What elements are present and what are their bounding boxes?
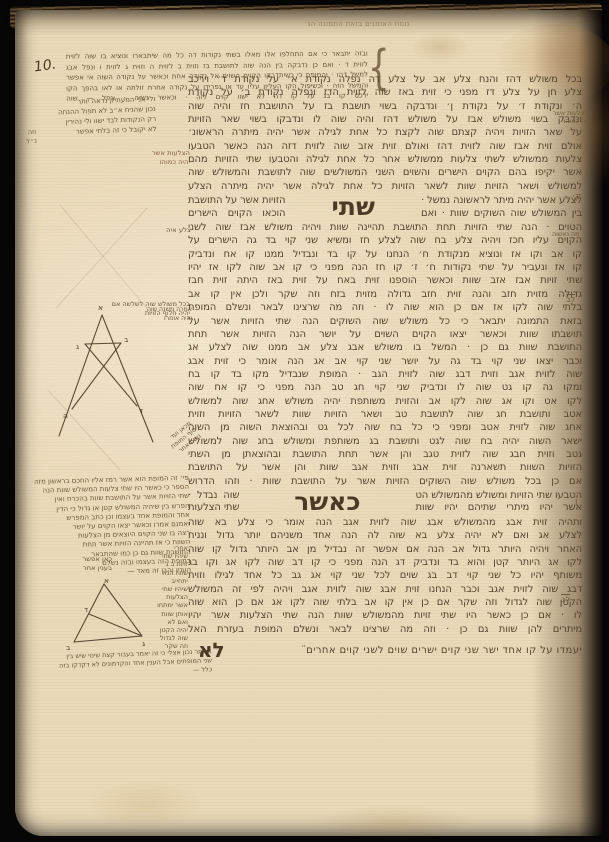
text-line: הזויות השוות תשארנה זוית אבג וזוית אגב ש… <box>188 462 582 475</box>
text-line: מיתרים להן שוות גם כן · וזה מה שרצינו לב… <box>188 624 582 637</box>
display-word-shtei: שתי <box>318 195 389 219</box>
text-line: בין המשולש שוה השוקים שוות · ואם <box>421 208 582 221</box>
text-line: בזאת התמונה יתבאר כי כל משולש שוה השוקים… <box>188 316 582 329</box>
text-line: בלתי שוה לקו אז אם כן הוא שוה לו · וזה מ… <box>188 302 582 315</box>
right-margin-note-1: בהצלעות אשר יהיה כמוהו <box>552 110 592 126</box>
text-line: וכבר יצאו שני קוי בד גה על יושר שני קוי … <box>188 356 582 369</box>
text-line: לקו אג היותר קטן והוא בד ונדביק דג הנה מ… <box>188 557 582 570</box>
text-line: הזויות אשר על התושבת <box>188 195 285 208</box>
text-line: ונדבק בשוי משולש אבז על משולש דהז והיה ש… <box>188 114 582 127</box>
text-line: על שאר הזויות ויהיה קצתם שוה לקצת כל אחת… <box>188 127 582 140</box>
text-line: לצלע אשר יהיה מיתר לראשונה נמשל · <box>421 195 582 208</box>
triangle-diagram-2: א ב ג ד <box>62 578 154 652</box>
text-line: לו · אם כן כאשר היו שתי זויות מהמשולש שו… <box>188 610 582 623</box>
text-line: אטב ותושבת חג שוה לתושבת טב ושאר הזויות … <box>188 409 582 422</box>
text-line: ה׳ ונקודת ז׳ על נקודת ן׳ ונדבקה בשוי תוש… <box>188 101 582 114</box>
text-line: משותף יהיו כל שני קוי דב בג שוים לכל שני… <box>188 570 582 583</box>
triangle1-label-dalet: ד <box>139 406 143 415</box>
display-row-lo: יעמדו על קו אחד ישר שני קוים ישרים שוים … <box>188 640 582 660</box>
triangle1-label-alef: א <box>98 303 103 312</box>
text-line: שיהיו שתי <box>140 552 188 560</box>
text-line: הקטן שוה לגדול וזה שקר אם כן אין קו אב ב… <box>188 597 582 610</box>
text-line: קו אז ונעביר על שתי נקודות ח׳ ז׳ קו חז ה… <box>188 262 582 275</box>
text-line: אם כן בכל משולש שוה השוקים הזויות אשר על… <box>188 476 582 489</box>
right-margin-letter-nun: ן <box>575 497 577 507</box>
text-line: הטוים · הנה שתי הזויות תחת התושבת תהיינה… <box>188 222 582 235</box>
main-text-block: בכל משולש דהז והנח צלע אב על צלע דה נפלה… <box>188 74 582 660</box>
triangle2-label-alef: א <box>104 576 109 585</box>
text-line: שוה לזוית אגב וזוית דבג שוה לזוית הגב · … <box>188 369 582 382</box>
triangle1-label-he: ה <box>63 411 68 420</box>
triangle1-label-gimel: ג <box>76 342 79 351</box>
text-line: אשר יהיו מיתרי שתיהם יהיו שוות̈ <box>415 502 582 515</box>
text-line: לצלע אג ואם לא יהיה צלע בא שוה לה הנה אח… <box>188 530 582 543</box>
triangle2-label-gimel: ג <box>142 639 145 648</box>
text-line: שוות הנה <box>140 569 188 577</box>
text-line: בכל משולש דהז והנח צלע אב על צלע דה נפלה… <box>188 74 582 87</box>
text-line: גטב וזוית חבג שוה לזוית טגב והן אשר תחת … <box>188 449 582 462</box>
text-line: שתי זויות אבז אזב שוות וכאשר הוספנו זוית… <box>188 275 582 288</box>
display2-right-text: הטבעו שתי הזויות ומשולש מהמשולש הט̈אשר י… <box>415 490 582 515</box>
text-line: ומקו גה קו גט שוה לו ונדביק שני קוי חג ט… <box>188 382 582 395</box>
side-note-tzela: צלע איה <box>151 226 191 235</box>
text-line: הטבעו שתי הזויות ומשולש מהמשולש הט̈ <box>415 490 582 503</box>
manuscript-photo: נוסח האומנים בזאת התמונה הג׳ 10. { ובזה … <box>0 0 609 842</box>
right-margin-note-2: מה נאשוה <box>552 231 579 238</box>
main-section-3: ותהיה זוית אבג מהמשולש אבג שוה לזוית אגב… <box>188 517 582 637</box>
text-line: צלעות ממשולש לשתי צלעות ממשולש אחר כל אח… <box>188 154 582 167</box>
display1-left-text: הזויות אשר על התושבתהוכאו הקוים הישרים <box>188 195 285 220</box>
text-line: האחר ויהיה היותר גדול אב הנה אם אפשר זה … <box>188 544 582 557</box>
text-line: צלע חן על צלע דז מפני כי זוית באז שוה לז… <box>188 87 582 100</box>
display-word-kaasher: כאשר <box>280 490 374 514</box>
text-line: הקוים עליו חכז ויהיה צלע בח שוה לצלע חז … <box>188 235 582 248</box>
text-line: זויות ב ג <box>140 560 188 568</box>
text-line: אשר יקיפו בהם הקוים הישרים והשוים השני ה… <box>188 167 582 180</box>
right-margin-letter-qof: ק· <box>572 192 581 202</box>
text-line: לקו אט וקו אג שוה לקו אב והזוית משותפת י… <box>188 396 582 409</box>
display-row-kaasher: הטבעו שתי הזויות ומשולש מהמשולש הט̈אשר י… <box>188 490 582 515</box>
triangle2-label-dalet: ד <box>84 605 88 614</box>
display2-left-text: שוה נבדל ·שתי הצלעות <box>188 490 239 515</box>
text-line: אולם זוית אבז שוה לזוית דהז ואולם זוית א… <box>188 141 582 154</box>
text-line: שוה נבדל · <box>188 490 239 503</box>
right-margin-letter-lb-1: לב <box>566 295 575 304</box>
side-note-amra: אמרה משנה שוה יהיה אומרו <box>144 306 192 323</box>
display1-right-text: לצלע אשר יהיה מיתר לראשונה נמשל ·בין המש… <box>421 195 582 220</box>
display-row-shtei: לצלע אשר יהיה מיתר לראשונה נמשל ·בין המש… <box>188 195 582 220</box>
right-margin-letter-lb-2: לב <box>561 595 570 604</box>
text-line: אחרי <box>140 544 188 552</box>
triangle2-label-bet: ב <box>66 643 71 652</box>
text-line: תושבתו שוות וכאשר יצאו הקוים השוים על יו… <box>188 329 582 342</box>
text-line: ישאר השוה יהיה בח שוה לגט ותושבת בג משות… <box>188 436 582 449</box>
text-line: דבג שוה לזוית אגב וכבר הנחנו זוית אבג שו… <box>188 584 582 597</box>
text-line: הוכאו הקוים הישרים <box>188 208 285 221</box>
main-section-2: הטוים · הנה שתי הזויות תחת התושבת תהיינה… <box>188 222 582 489</box>
text-line: קו אב וקו אז ונוציא מנקודת ח׳ הנחנו על ק… <box>188 249 582 262</box>
text-line: למשולש ושאר הזויות שוות לשאר הזויות כל א… <box>188 181 582 194</box>
main-section-1: בכל משולש דהז והנח צלע אב על צלע דה נפלה… <box>188 74 582 194</box>
side-note-tzlaot: הצלעות אשר יהיה כמוהו <box>148 149 190 166</box>
text-line: שתי הצלעות <box>188 502 239 515</box>
triangle2-caption: כאן אפשר בענין אחר <box>50 555 112 573</box>
display3-line: יעמדו על קו אחד ישר שני קוים ישרים שוים … <box>306 645 582 656</box>
text-line: התושבת שוות גם כן · המשל בו משולש אבג צל… <box>188 342 582 355</box>
text-line: אחג שוה לזוית אטב ומפני כי כל בח שוה לכל… <box>188 422 582 435</box>
display-word-lo: לא <box>188 640 229 660</box>
text-line: ותהיה זוית אבג מהמשולש אבג שוה לזוית אגב… <box>188 517 582 530</box>
triangle1-label-bet: ב <box>124 335 129 344</box>
text-line: גדולה מזוית חזב והנה זוית חזב גדולה מזוי… <box>188 289 582 302</box>
